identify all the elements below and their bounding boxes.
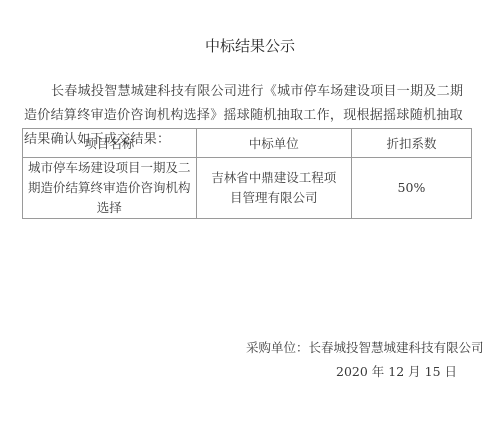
cell-project-name: 城市停车场建设项目一期及二期造价结算终审造价咨询机构选择: [23, 158, 197, 219]
table-row: 城市停车场建设项目一期及二期造价结算终审造价咨询机构选择 吉林省中鼎建设工程项目…: [23, 158, 472, 219]
cell-discount-rate: 50%: [351, 158, 471, 219]
table-header-row: 项目名称 中标单位 折扣系数: [23, 129, 472, 158]
page-title: 中标结果公示: [0, 35, 500, 56]
header-project-name: 项目名称: [23, 129, 197, 158]
cell-winning-unit: 吉林省中鼎建设工程项目管理有限公司: [196, 158, 351, 219]
signature-date: 2020 年 12 月 15 日: [336, 362, 457, 380]
header-discount-rate: 折扣系数: [351, 129, 471, 158]
result-table: 项目名称 中标单位 折扣系数 城市停车场建设项目一期及二期造价结算终审造价咨询机…: [22, 128, 472, 219]
header-winning-unit: 中标单位: [196, 129, 351, 158]
purchaser-signature: 采购单位：长春城投智慧城建科技有限公司: [246, 338, 484, 356]
